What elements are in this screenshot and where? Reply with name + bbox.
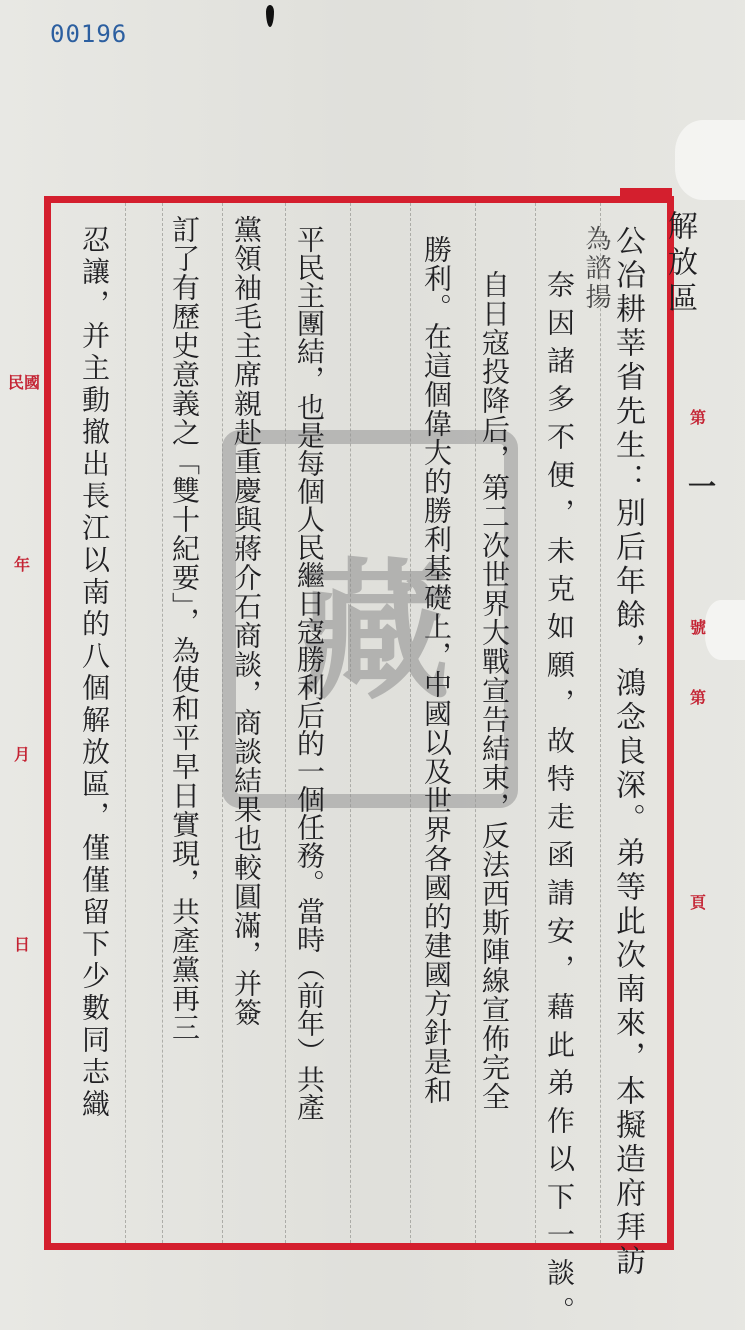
paper-tear [675, 120, 745, 200]
manuscript-column-4: 奈因諸多不便，未克如願，故特走函請安，藉此弟作以下一談。 [545, 270, 573, 1330]
manuscript-column-5: 自日寇投降后，第二次世界大戰宣告結束，反法西斯陣線宣佈完全 [480, 270, 508, 1111]
manuscript-column-7: 平民主團結，也是每個人民繼日寇勝利后的一個任務。當時（前年）共產 [295, 225, 323, 1121]
paper-tear [705, 600, 745, 660]
red-frame-tab [620, 188, 672, 198]
margin-label-number-one: 一 [688, 465, 716, 505]
column-rule [125, 203, 126, 1243]
margin-label-day: 日 [14, 932, 30, 955]
column-rule [162, 203, 163, 1243]
manuscript-column-2: 公冶耕莘省先生：別后年餘，鴻念良深。弟等此次南來，本擬造府拜訪 [612, 225, 642, 1279]
manuscript-column-8: 黨領袖毛主席親赴重慶與蔣介石商談，商談結果也較圓滿，并簽 [232, 215, 260, 1027]
margin-label-ye: 頁 [690, 890, 706, 913]
archive-number-stamp: 00196 [50, 20, 127, 48]
column-rule [535, 203, 536, 1243]
margin-label-month: 月 [14, 742, 30, 765]
margin-label-di-2: 第 [690, 685, 706, 708]
manuscript-column-6: 勝利。在這個偉大的勝利基礎上，中國以及世界各國的建國方針是和 [422, 235, 450, 1105]
manuscript-column-3: 為諮揚 [583, 225, 609, 312]
margin-label-year: 年 [14, 552, 30, 575]
manuscript-column-9: 訂了有歷史意義之「雙十紀要」，為使和平早日實現，共產黨再三 [170, 215, 198, 1042]
ink-blot [266, 5, 274, 27]
manuscript-column-10: 忍讓，并主動撤出長江以南的八個解放區，僅僅留下少數同志織 [80, 225, 108, 1121]
margin-label-minguo: 民國 [8, 370, 40, 393]
margin-label-di-1: 第 [690, 405, 706, 428]
document-page: 00196 民國 年 月 日 第 一 號 第 頁 藏 解放區 公冶耕莘省先生：別… [0, 0, 745, 1330]
manuscript-column-1: 解放區 [664, 210, 694, 318]
column-rule [600, 203, 601, 1243]
margin-label-hao: 號 [690, 615, 706, 638]
archive-watermark-seal: 藏 [222, 430, 518, 808]
